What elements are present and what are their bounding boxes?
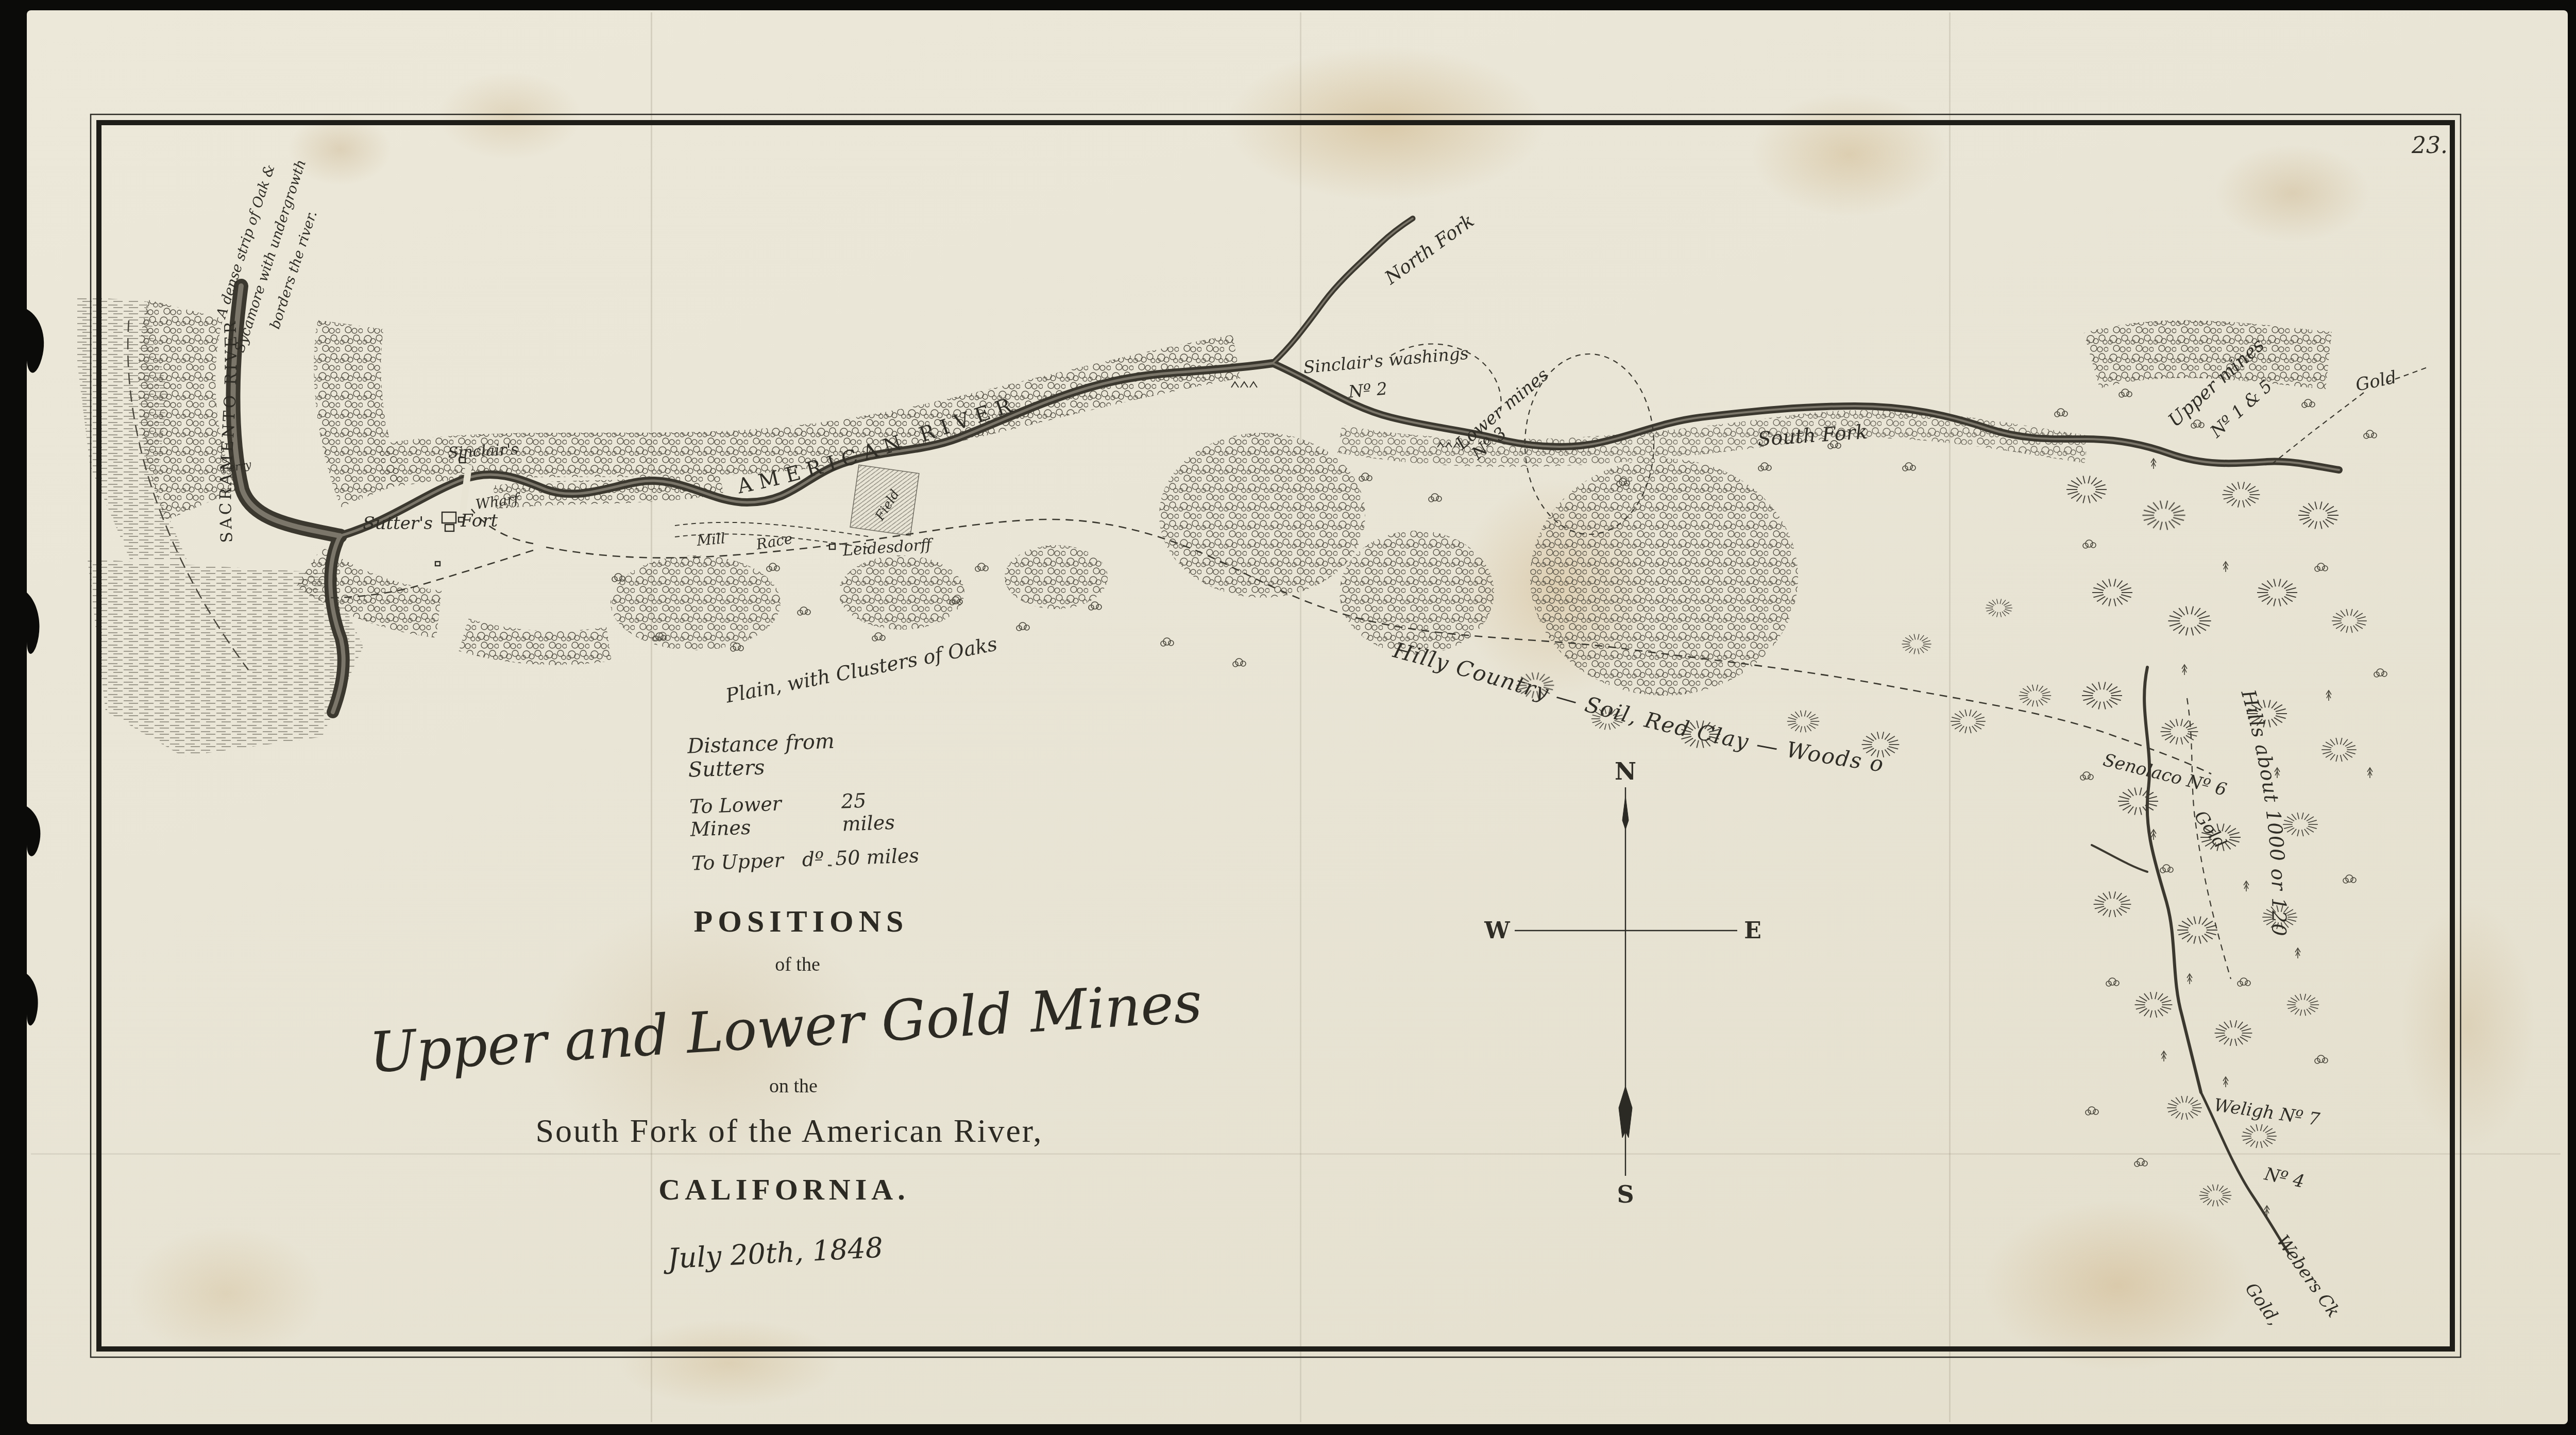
frame-outer-line [91, 114, 2461, 1357]
title-of-the: of the [775, 953, 820, 976]
title-california: CALIFORNIA. [658, 1172, 909, 1207]
rivers [233, 218, 2339, 1253]
title-positions: POSITIONS [694, 904, 909, 939]
sinclairs-label: Sinclair's [448, 440, 519, 461]
distance-row-value: 25 miles [841, 787, 918, 835]
distance-table-heading: Distance from Sutters [687, 727, 916, 782]
leidesdorff-house [829, 544, 835, 549]
torn-edge-marks [27, 309, 44, 1025]
distance-row-value: 50 miles [835, 844, 919, 870]
sutters-label: Sutter's [363, 513, 433, 534]
page-number: 23. [2412, 132, 2448, 159]
compass-south-label: S [1617, 1180, 1634, 1208]
title-south-fork-line: South Fork of the American River, [535, 1112, 1043, 1150]
distance-row-label: To Lower Mines [689, 790, 835, 841]
sacramento-river-label-text: SACRAMENTO RIVER [216, 318, 241, 543]
compass-arrow-feather [1619, 1086, 1632, 1138]
distance-row-label: To Upper dº [691, 848, 824, 875]
distance-table: Distance from Sutters To Lower Mines 25 … [687, 727, 919, 874]
compass-east-label: E [1744, 918, 1761, 944]
sacramento-river-label: SACRAMENTO RIVER [216, 318, 241, 543]
page-background: { "page_number": "23.", "title_block": {… [0, 0, 2576, 1435]
compass-arrow-head [1622, 796, 1629, 830]
fort-label: Fort [461, 511, 498, 531]
compass-north-label: N [1615, 757, 1636, 785]
compass-rose [1515, 787, 1737, 1176]
distance-row-lower: To Lower Mines 25 miles [689, 787, 919, 840]
mill-label: Mill [696, 530, 726, 549]
dotted-leader [828, 865, 831, 866]
compass-west-label: W [1484, 918, 1510, 944]
sinclairs-washings-label-line2: Nº 2 [1347, 378, 1388, 401]
title-on-the: on the [769, 1075, 818, 1098]
frame-inner-band [99, 123, 2452, 1349]
sutters-fort-building [442, 512, 456, 523]
map-artwork: SACRAMENTO RIVER AMERICAN RIVER Hilly Co… [0, 0, 2576, 1435]
